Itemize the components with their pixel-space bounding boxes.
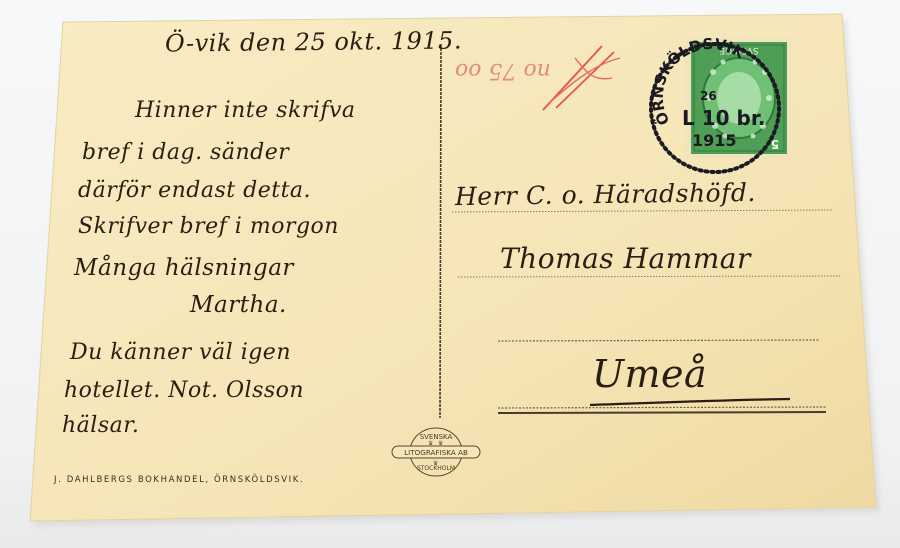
message-line-3: därför endast detta.	[78, 178, 311, 203]
message-line-2: bref i dag. sänder	[82, 140, 289, 165]
svg-text:♛: ♛	[433, 460, 438, 467]
printer-logo-top: SVENSKA	[420, 433, 453, 441]
message-line-4: Skrifver bref i morgon	[78, 214, 339, 239]
address-line-2: Thomas Hammar	[500, 242, 751, 275]
message-signature: Martha.	[190, 292, 287, 318]
postmark-time: L 10 br.	[682, 106, 765, 130]
message-line-9: hälsar.	[62, 413, 139, 438]
postmark-day: 26	[700, 89, 717, 103]
printer-logo: SVENSKA LITOGRAFISKA AB STOCKHOLM ♛ ♛ ♛	[388, 424, 484, 480]
svg-text:♛: ♛	[428, 440, 433, 447]
message-line-5: Många hälsningar	[74, 255, 294, 281]
pencil-note: no 75 oo	[455, 58, 551, 83]
message-line-8: hotellet. Not. Olsson	[64, 378, 304, 403]
address-line-1: Herr C. o. Häradshöfd.	[455, 178, 756, 211]
message-line-1: Hinner inte skrifva	[135, 98, 356, 123]
postcard: Ö-vik den 25 okt. 1915. Hinner inte skri…	[0, 0, 900, 548]
message-date-line: Ö-vik den 25 okt. 1915.	[165, 26, 462, 57]
message-line-7: Du känner väl igen	[70, 340, 291, 365]
svg-text:♛: ♛	[438, 440, 443, 447]
postmark: ÖRNSKÖLDSVIK 26 L 10 br. 1915	[640, 30, 790, 180]
address-line-4: Umeå	[592, 352, 707, 396]
publisher-imprint: J. DAHLBERGS BOKHANDEL, ÖRNSKÖLDSVIK.	[54, 475, 304, 485]
postmark-year: 1915	[692, 131, 737, 150]
printer-logo-middle: LITOGRAFISKA AB	[404, 448, 468, 457]
